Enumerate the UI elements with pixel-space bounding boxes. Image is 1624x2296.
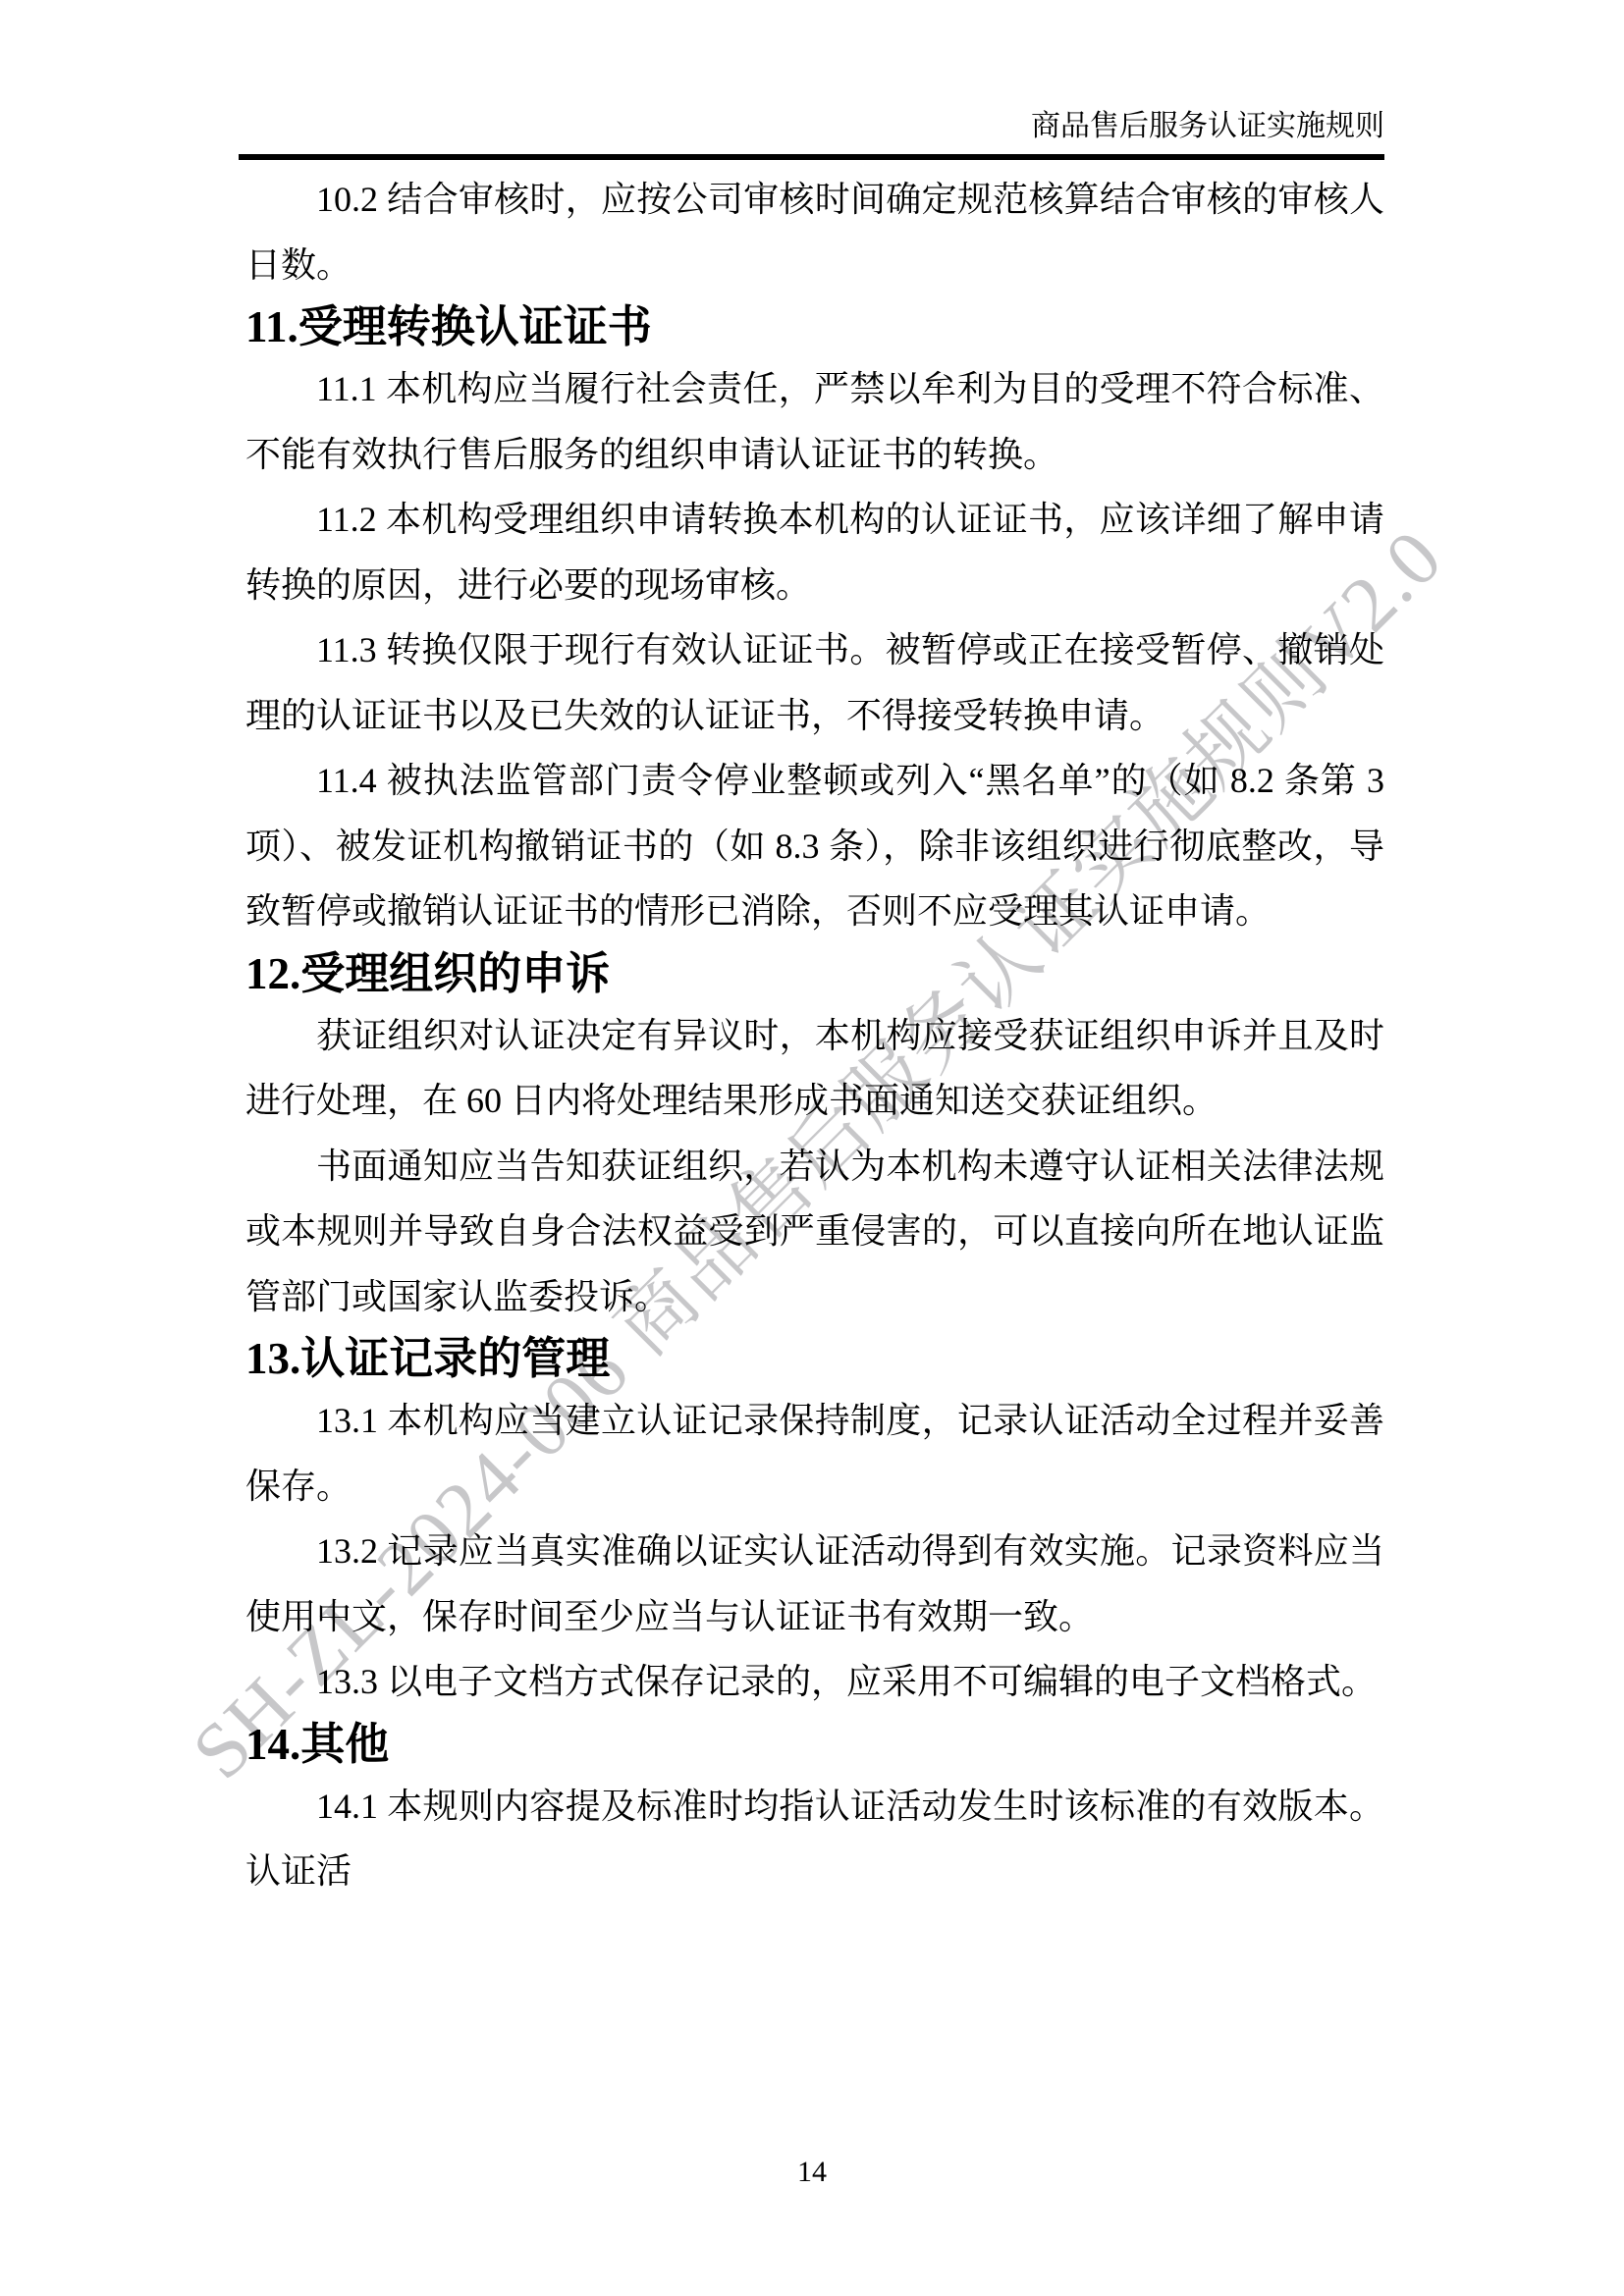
paragraph-11-2: 11.2 本机构受理组织申请转换本机构的认证证书，应该详细了解申请转换的原因，进… — [245, 487, 1384, 617]
paragraph-14-1: 14.1 本规则内容提及标准时均指认证活动发生时该标准的有效版本。认证活 — [245, 1774, 1384, 1904]
header-title: 商品售后服务认证实施规则 — [1031, 110, 1384, 142]
section-12-heading: 12.受理组织的申诉 — [245, 944, 1384, 1003]
paragraph-11-4: 11.4 被执法监管部门责令停业整顿或列入“黑名单”的（如 8.2 条第 3 项… — [245, 748, 1384, 944]
page-footer: 14 — [0, 2153, 1624, 2192]
paragraph-12-appeal-handling: 获证组织对认证决定有异议时，本机构应接受获证组织申诉并且及时进行处理，在 60 … — [245, 1003, 1384, 1134]
section-14-heading: 14.其他 — [245, 1715, 1384, 1774]
document-body: 10.2 结合审核时，应按公司审核时间确定规范核算结合审核的审核人日数。 11.… — [245, 167, 1384, 1904]
section-13-heading: 13.认证记录的管理 — [245, 1329, 1384, 1388]
paragraph-13-2: 13.2 记录应当真实准确以证实认证活动得到有效实施。记录资料应当使用中文，保存… — [245, 1519, 1384, 1649]
paragraph-13-1: 13.1 本机构应当建立认证记录保持制度，记录认证活动全过程并妥善保存。 — [245, 1388, 1384, 1519]
paragraph-13-3: 13.3 以电子文档方式保存记录的，应采用不可编辑的电子文档格式。 — [245, 1649, 1384, 1715]
document-page: SH-ZL-2024-006 商品售后服务认证实施规则V2.0 商品售后服务认证… — [0, 0, 1624, 2296]
paragraph-12-written-notice: 书面通知应当告知获证组织，若认为本机构未遵守认证相关法律法规或本规则并导致自身合… — [245, 1134, 1384, 1330]
page-header: 商品售后服务认证实施规则 — [239, 108, 1384, 160]
paragraph-10-2: 10.2 结合审核时，应按公司审核时间确定规范核算结合审核的审核人日数。 — [245, 167, 1384, 297]
paragraph-11-1: 11.1 本机构应当履行社会责任，严禁以牟利为目的受理不符合标准、不能有效执行售… — [245, 356, 1384, 487]
paragraph-11-3: 11.3 转换仅限于现行有效认证证书。被暂停或正在接受暂停、撤销处理的认证证书以… — [245, 617, 1384, 748]
section-11-heading: 11.受理转换认证证书 — [245, 297, 1384, 356]
page-number: 14 — [797, 2156, 827, 2188]
